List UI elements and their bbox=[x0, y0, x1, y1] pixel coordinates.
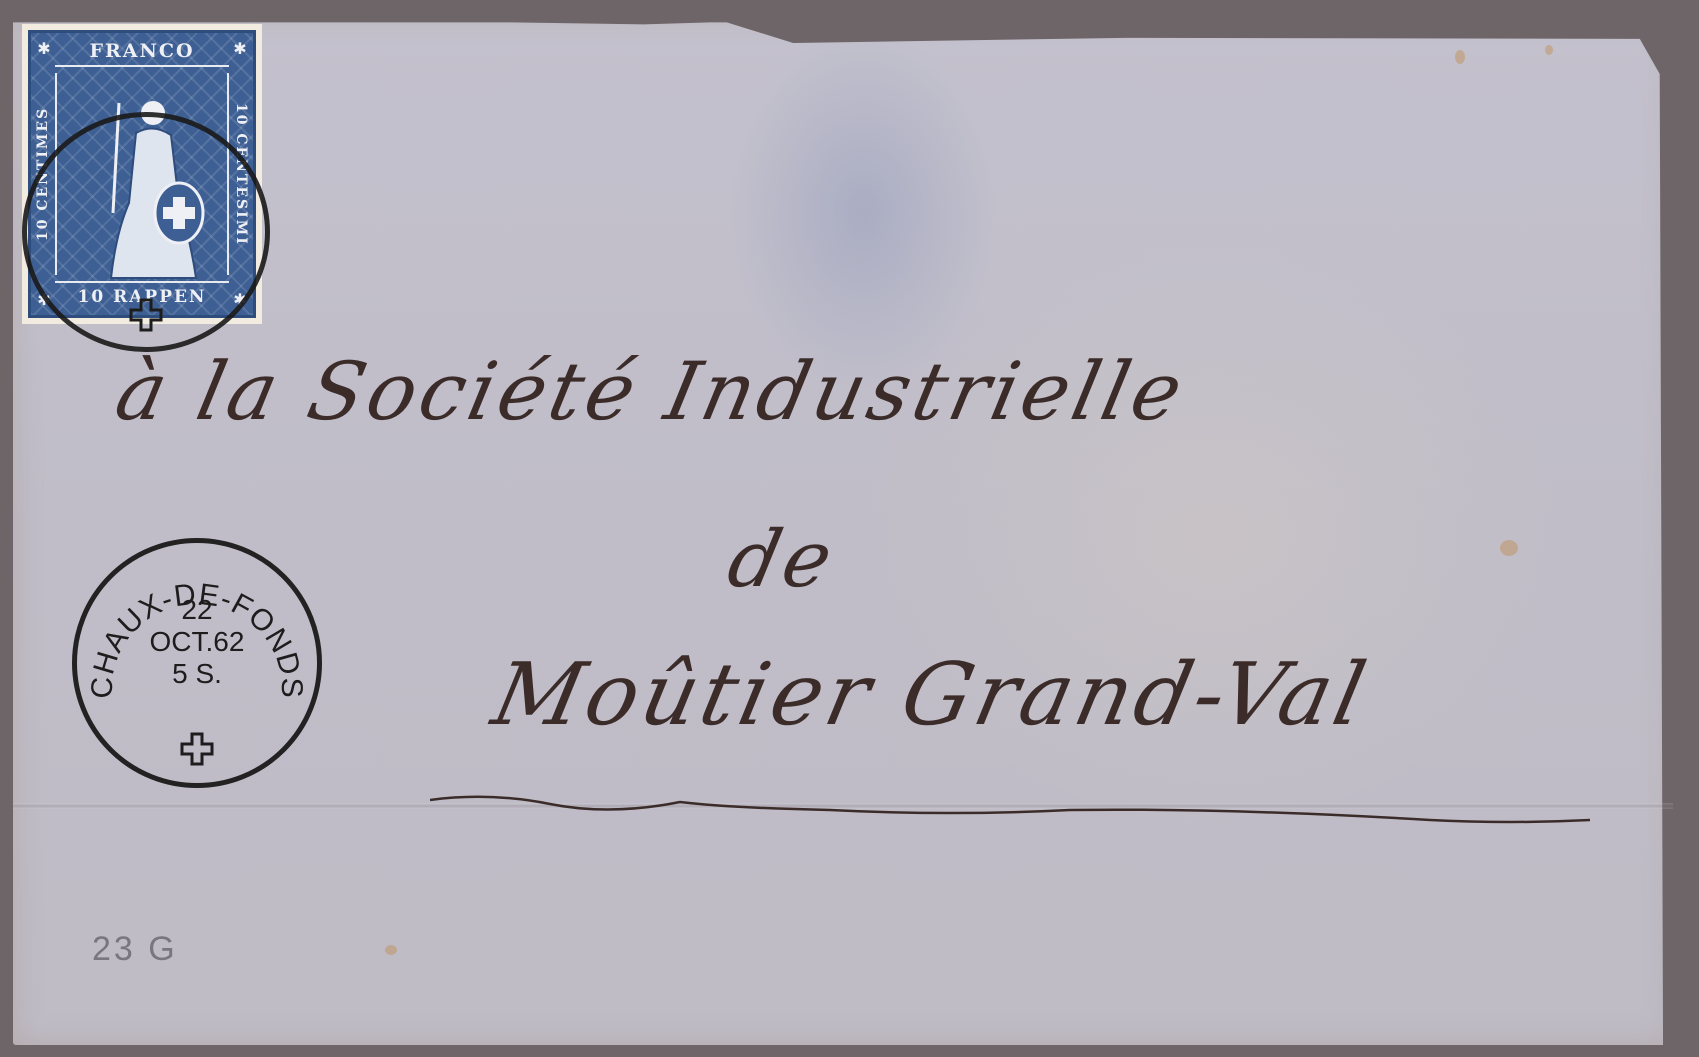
postmark-date: OCT.62 bbox=[77, 627, 317, 657]
swiss-cross-icon bbox=[128, 297, 164, 333]
pencil-note: 23 G bbox=[92, 930, 178, 969]
flourish-underline bbox=[430, 780, 1600, 840]
address-line-3: Moûtier Grand-Val bbox=[484, 645, 1377, 745]
postmark-on-stamp bbox=[22, 112, 270, 352]
foxing-spot bbox=[385, 945, 397, 955]
address-line-1: à la Société Industrielle bbox=[108, 345, 1194, 438]
foxing-spot bbox=[1545, 45, 1553, 55]
postmark-chaux-de-fonds: CHAUX-DE-FONDS 22 OCT.62 5 S. bbox=[72, 538, 322, 788]
foxing-spot bbox=[1455, 50, 1465, 64]
postmark-time: 5 S. bbox=[77, 659, 317, 689]
star-icon: ✱ bbox=[33, 39, 55, 58]
swiss-cross-icon bbox=[179, 731, 215, 767]
star-icon: ✱ bbox=[229, 39, 251, 58]
postmark-day: 22 bbox=[77, 595, 317, 625]
stamp-top-label: FRANCO bbox=[55, 37, 229, 67]
postal-cover bbox=[13, 12, 1673, 1045]
foxing-spot bbox=[1500, 540, 1518, 556]
address-line-2: de bbox=[720, 515, 843, 605]
